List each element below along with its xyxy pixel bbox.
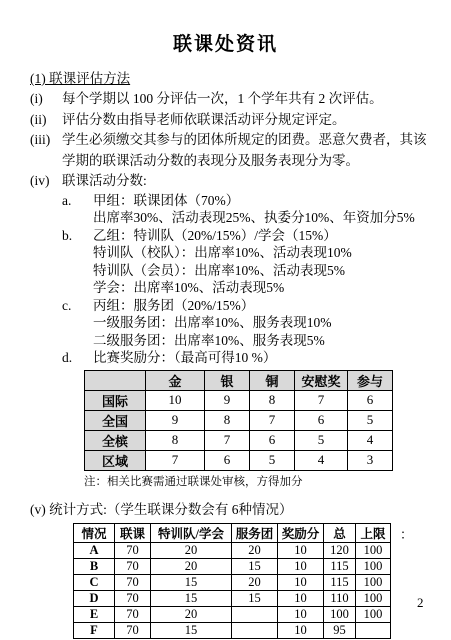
award-table-note: 注：相关比赛需通过联课处审核，方得加分 (84, 475, 451, 489)
group-line: 一级服务团：出席率10%、服务表现10% (93, 314, 438, 332)
table-cell: 5 (250, 450, 295, 470)
list-item-text: 评估分数由指导老师依联课活动评分规定评定。 (62, 110, 434, 131)
table-cell: 95 (324, 622, 356, 638)
group-line: 丙组：服务团（20%/15%） (93, 297, 438, 315)
column-header (85, 370, 146, 390)
table-cell: 15 (232, 590, 278, 606)
table-cell: 100 (356, 558, 391, 574)
row-label: E (74, 606, 115, 622)
table-cell: 10 (278, 590, 324, 606)
award-points-table: 金银铜安慰奖参与国际109876全国98765全槟87654区域76543 (84, 370, 393, 471)
table-cell: 10 (278, 574, 324, 590)
table-cell: 15 (232, 558, 278, 574)
table-row: 区域76543 (85, 450, 393, 470)
table-cell (232, 606, 278, 622)
table-row: F70151095 (74, 622, 391, 638)
table-row: 全槟87654 (85, 430, 393, 450)
group-a: a. 甲组：联课团体（70%） 出席率30%、活动表现25%、执委分10%、年资… (62, 192, 451, 227)
table-cell: 5 (348, 410, 393, 430)
table-cell: 70 (115, 558, 151, 574)
column-header: 联课 (115, 523, 151, 542)
group-c: c. 丙组：服务团（20%/15%） 一级服务团：出席率10%、服务表现10% … (62, 297, 451, 350)
page-number: 2 (417, 595, 424, 611)
list-item-text: 学生必须缴交其参与的团体所规定的团费。恶意欠费者，其该学期的联课活动分数的表现分… (62, 130, 434, 171)
table-cell: 10 (278, 622, 324, 638)
column-header: 上限 (356, 523, 391, 542)
list-item-label: (iv) (30, 171, 62, 192)
section1-heading: (1) 联课评估方法 (30, 69, 451, 89)
row-label: A (74, 542, 115, 558)
table-cell: 9 (205, 390, 250, 410)
table-cell: 70 (115, 622, 151, 638)
statistics-table-row: 情况联课特训队/学会服务团奖励分总上限A70202010120100B70201… (0, 520, 451, 639)
table-cell: 7 (250, 410, 295, 430)
column-header: 总 (324, 523, 356, 542)
table-cell: 120 (324, 542, 356, 558)
row-label: 全槟 (85, 430, 146, 450)
group-line: 二级服务团：出席率10%、服务表现5% (93, 332, 438, 350)
list-item-label: (i) (30, 89, 62, 110)
group-label: d. (62, 349, 93, 367)
table-cell: 70 (115, 574, 151, 590)
row-label: 国际 (85, 390, 146, 410)
group-lines: 甲组：联课团体（70%） 出席率30%、活动表现25%、执委分10%、年资加分5… (93, 192, 438, 227)
table-row: C70152010115100 (74, 574, 391, 590)
table-cell: 100 (356, 590, 391, 606)
table-row: B70201510115100 (74, 558, 391, 574)
row-label: 全国 (85, 410, 146, 430)
table-cell: 3 (348, 450, 393, 470)
group-line: 乙组：特训队（20%/15%）/学会（15%） (93, 227, 438, 245)
group-lines: 丙组：服务团（20%/15%） 一级服务团：出席率10%、服务表现10% 二级服… (93, 297, 438, 350)
group-line: 特训队（会员）：出席率10%、活动表现5% (93, 262, 438, 280)
table-cell: 10 (278, 542, 324, 558)
row-label: B (74, 558, 115, 574)
section1-heading-text: (1) 联课评估方法 (30, 71, 130, 86)
document-page: 联课处资讯 (1) 联课评估方法 (i) 每个学期以 100 分评估一次，1 个… (0, 0, 451, 640)
table-cell: 115 (324, 574, 356, 590)
group-line: 特训队（校队）：出席率10%、活动表现10% (93, 244, 438, 262)
group-lines: 比赛奖励分：（最高可得10 %） (93, 349, 438, 367)
table-cell: 4 (348, 430, 393, 450)
table-cell: 70 (115, 542, 151, 558)
table-cell: 20 (232, 542, 278, 558)
table-row: 全国98765 (85, 410, 393, 430)
column-header: 铜 (250, 370, 295, 390)
table-cell: 8 (146, 430, 205, 450)
group-b: b. 乙组：特训队（20%/15%）/学会（15%） 特训队（校队）：出席率10… (62, 227, 451, 297)
table-cell: 15 (151, 590, 232, 606)
table-cell: 9 (146, 410, 205, 430)
statistics-table: 情况联课特训队/学会服务团奖励分总上限A70202010120100B70201… (73, 523, 391, 639)
table-cell (356, 622, 391, 638)
list-item-iv: (iv) 联课活动分数: (30, 171, 451, 192)
table-cell: 7 (295, 390, 348, 410)
row-label: 区域 (85, 450, 146, 470)
table-cell: 6 (295, 410, 348, 430)
table-cell: 100 (356, 542, 391, 558)
group-line: 出席率30%、活动表现25%、执委分10%、年资加分5% (93, 209, 438, 227)
row-label: C (74, 574, 115, 590)
group-lines: 乙组：特训队（20%/15%）/学会（15%） 特训队（校队）：出席率10%、活… (93, 227, 438, 297)
table-cell: 10 (278, 558, 324, 574)
group-line: 学会：出席率10%、活动表现5% (93, 279, 438, 297)
table-cell: 7 (205, 430, 250, 450)
table-header-row: 情况联课特训队/学会服务团奖励分总上限 (74, 523, 391, 542)
table-row: E702010100100 (74, 606, 391, 622)
column-header: 参与 (348, 370, 393, 390)
table-cell: 20 (151, 606, 232, 622)
column-header: 银 (205, 370, 250, 390)
table-cell: 10 (146, 390, 205, 410)
table-cell: 70 (115, 590, 151, 606)
row-label: F (74, 622, 115, 638)
column-header: 金 (146, 370, 205, 390)
column-header: 安慰奖 (295, 370, 348, 390)
table-cell: 100 (356, 574, 391, 590)
list-item-label: (ii) (30, 110, 62, 131)
page-title: 联课处资讯 (0, 0, 451, 56)
stray-colon-mark: ： (400, 520, 413, 543)
table-cell: 20 (151, 542, 232, 558)
table-header-row: 金银铜安慰奖参与 (85, 370, 393, 390)
table-cell: 70 (115, 606, 151, 622)
table-cell: 10 (278, 606, 324, 622)
group-label: a. (62, 192, 93, 227)
table-cell: 100 (324, 606, 356, 622)
group-label: b. (62, 227, 93, 297)
list-item-ii: (ii) 评估分数由指导老师依联课活动评分规定评定。 (30, 110, 451, 131)
list-item-text: 联课活动分数: (62, 171, 434, 192)
table-cell: 5 (295, 430, 348, 450)
table-row: D70151510110100 (74, 590, 391, 606)
column-header: 情况 (74, 523, 115, 542)
list-item-label: (iii) (30, 130, 62, 171)
group-line: 甲组：联课团体（70%） (93, 192, 438, 210)
list-item-i: (i) 每个学期以 100 分评估一次，1 个学年共有 2 次评估。 (30, 89, 451, 110)
column-header: 服务团 (232, 523, 278, 542)
table-cell: 20 (232, 574, 278, 590)
table-cell: 4 (295, 450, 348, 470)
section5-heading: (v) 统计方式:（学生联课分数会有 6种情况） (30, 500, 451, 520)
table-cell: 8 (250, 390, 295, 410)
group-d: d. 比赛奖励分：（最高可得10 %） (62, 349, 451, 367)
table-row: 国际109876 (85, 390, 393, 410)
table-cell: 8 (205, 410, 250, 430)
table-cell: 15 (151, 574, 232, 590)
group-label: c. (62, 297, 93, 350)
table-cell: 20 (151, 558, 232, 574)
list-item-iii: (iii) 学生必须缴交其参与的团体所规定的团费。恶意欠费者，其该学期的联课活动… (30, 130, 451, 171)
table-cell: 6 (250, 430, 295, 450)
table-cell: 15 (151, 622, 232, 638)
table-cell: 100 (356, 606, 391, 622)
column-header: 奖励分 (278, 523, 324, 542)
column-header: 特训队/学会 (151, 523, 232, 542)
table-cell: 7 (146, 450, 205, 470)
table-cell (232, 622, 278, 638)
group-line: 比赛奖励分：（最高可得10 %） (93, 349, 438, 367)
list-item-text: 每个学期以 100 分评估一次，1 个学年共有 2 次评估。 (62, 89, 434, 110)
table-cell: 115 (324, 558, 356, 574)
table-cell: 110 (324, 590, 356, 606)
table-cell: 6 (205, 450, 250, 470)
table-cell: 6 (348, 390, 393, 410)
row-label: D (74, 590, 115, 606)
table-row: A70202010120100 (74, 542, 391, 558)
